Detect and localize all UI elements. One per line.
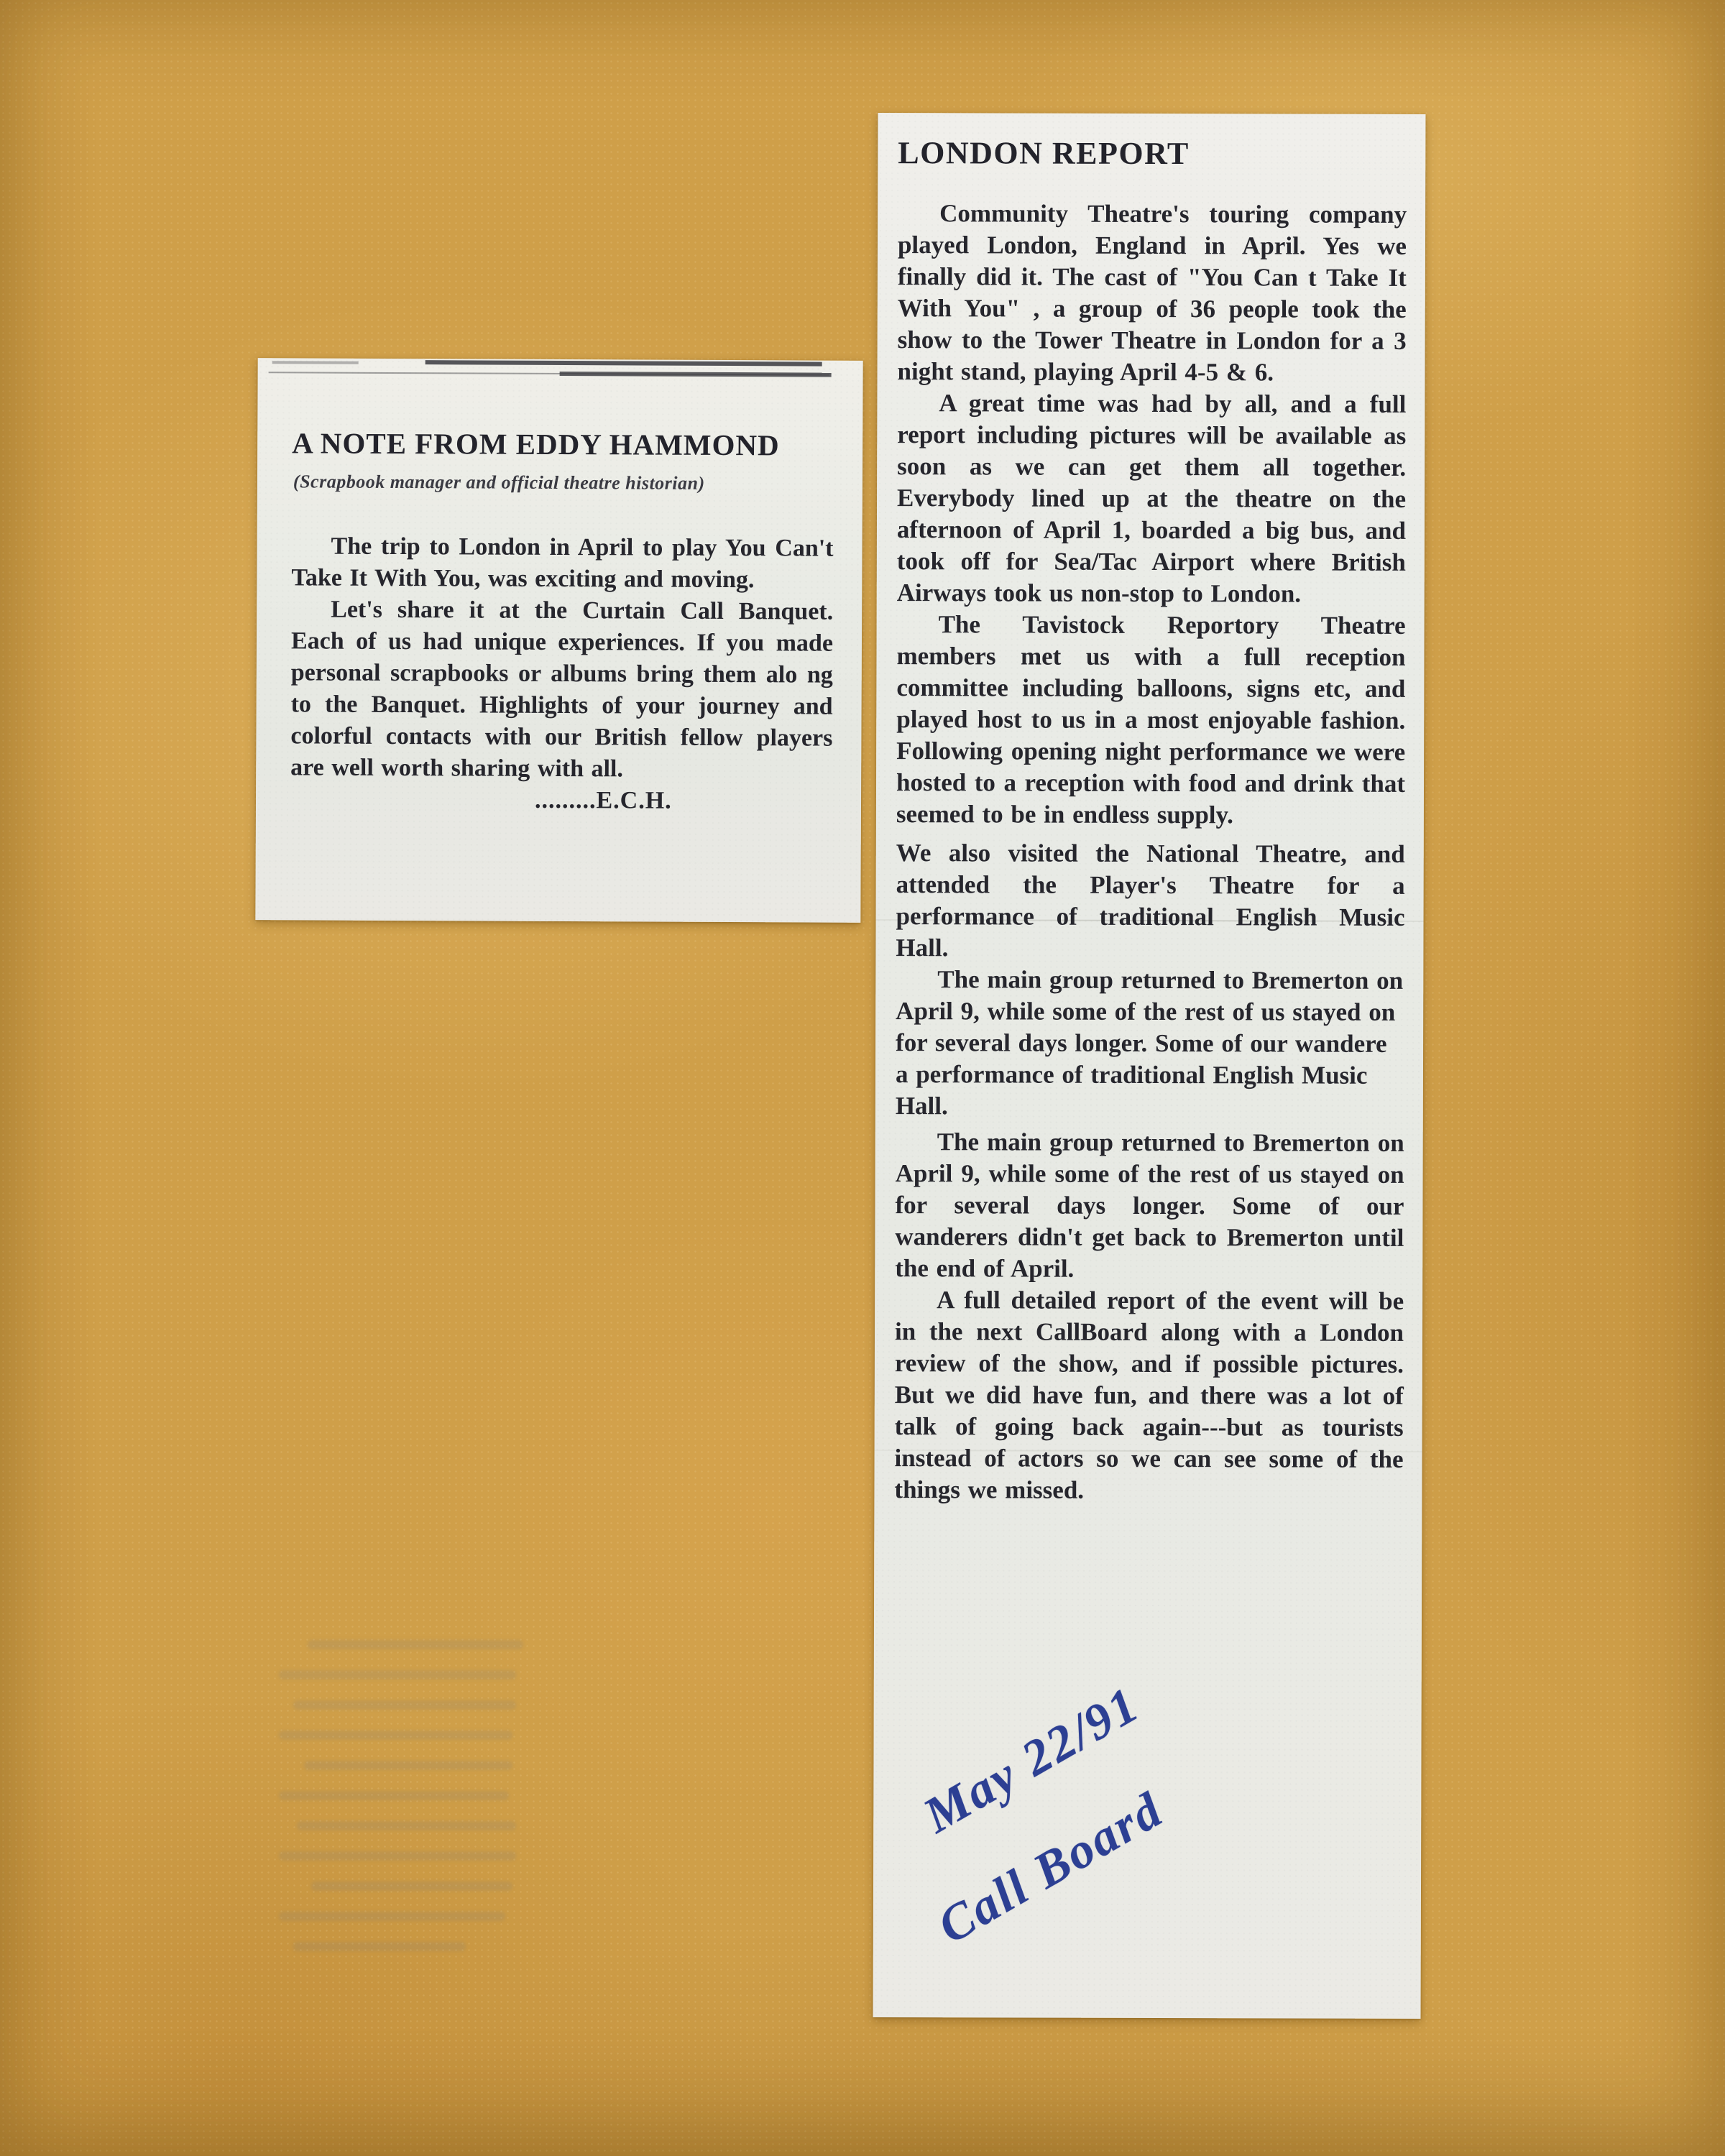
torn-top-rule-thick bbox=[560, 372, 832, 377]
report-paragraph: The main group returned to Bremerton on … bbox=[895, 1126, 1404, 1286]
report-paragraph: We also visited the National Theatre, an… bbox=[896, 837, 1404, 965]
photo-vignette bbox=[0, 0, 1725, 2156]
note-signoff: .........E.C.H. bbox=[290, 783, 832, 817]
report-paragraph: Community Theatre's touring company play… bbox=[897, 198, 1407, 389]
torn-top-rule bbox=[425, 360, 822, 366]
torn-top-rule-smudge bbox=[272, 361, 359, 364]
note-title: A NOTE FROM EDDY HAMMOND bbox=[292, 426, 834, 461]
album-paper-texture bbox=[0, 0, 1725, 2156]
bleed-through-text bbox=[279, 1640, 532, 1972]
note-paragraph: Let's share it at the Curtain Call Banqu… bbox=[290, 594, 833, 786]
report-paragraph: The main group returned to Bremerton on … bbox=[896, 964, 1404, 1060]
note-paragraph: The trip to London in April to play You … bbox=[291, 530, 833, 596]
report-paragraph: The Tavistock Reportory Theatre members … bbox=[896, 609, 1406, 831]
note-subtitle: (Scrapbook manager and official theatre … bbox=[293, 469, 834, 496]
report-paragraph: A full detailed report of the event will… bbox=[894, 1284, 1404, 1507]
report-paragraph-duplicate-strip: a performance of traditional English Mus… bbox=[896, 1059, 1404, 1123]
report-paragraph: A great time was had by all, and a full … bbox=[897, 387, 1407, 610]
left-newspaper-clipping: A NOTE FROM EDDY HAMMOND (Scrapbook mana… bbox=[255, 358, 862, 923]
london-report-clipping: LONDON REPORT Community Theatre's tourin… bbox=[873, 113, 1426, 2019]
scrapbook-page: A NOTE FROM EDDY HAMMOND (Scrapbook mana… bbox=[0, 0, 1725, 2156]
report-title: LONDON REPORT bbox=[898, 134, 1407, 173]
